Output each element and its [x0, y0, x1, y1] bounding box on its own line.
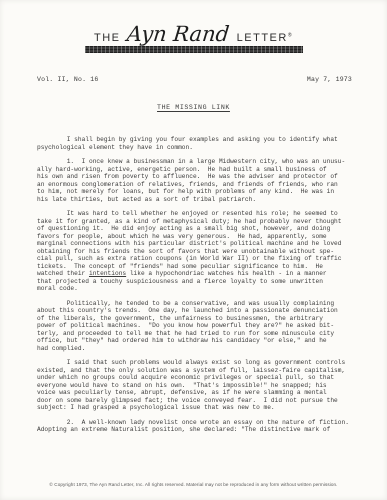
issue-date: May 7, 1973	[307, 76, 352, 83]
newsletter-page: THE Ayn Rand LETTER® Vol. II, No. 16 May…	[0, 0, 387, 500]
paragraph-example-1-continued: It was hard to tell whether he enjoyed o…	[37, 210, 353, 293]
paragraph-example-1: 1. I once knew a businessman in a large …	[37, 158, 353, 203]
paragraph-politics: Politically, he tended to be a conservat…	[37, 300, 353, 353]
masthead-the: THE	[94, 32, 121, 44]
masthead: THE Ayn Rand LETTER®	[0, 0, 387, 44]
masthead-rule-bar	[85, 46, 303, 53]
masthead-letter: LETTER®	[237, 32, 293, 44]
paragraph-segment: It was hard to tell whether he enjoyed o…	[37, 210, 341, 277]
paragraph-intro: I shall begin by giving you four example…	[37, 136, 353, 151]
masthead-script-name: Ayn Rand	[126, 24, 230, 44]
copyright-notice: © Copyright 1973, The Ayn Rand Letter, I…	[0, 482, 387, 487]
paragraph-example-2: 2. A well-known lady novelist once wrote…	[37, 419, 353, 434]
volume-number: Vol. II, No. 16	[37, 76, 99, 83]
underlined-word: intentions	[89, 270, 126, 277]
issue-meta-row: Vol. II, No. 16 May 7, 1973	[37, 76, 352, 83]
paragraph-capitalism: I said that such problems would always e…	[37, 359, 353, 412]
article-title: THE MISSING LINK	[0, 104, 387, 111]
article-body: I shall begin by giving you four example…	[37, 136, 353, 434]
registered-trademark-icon: ®	[288, 32, 293, 38]
masthead-letter-text: LETTER	[237, 32, 288, 44]
